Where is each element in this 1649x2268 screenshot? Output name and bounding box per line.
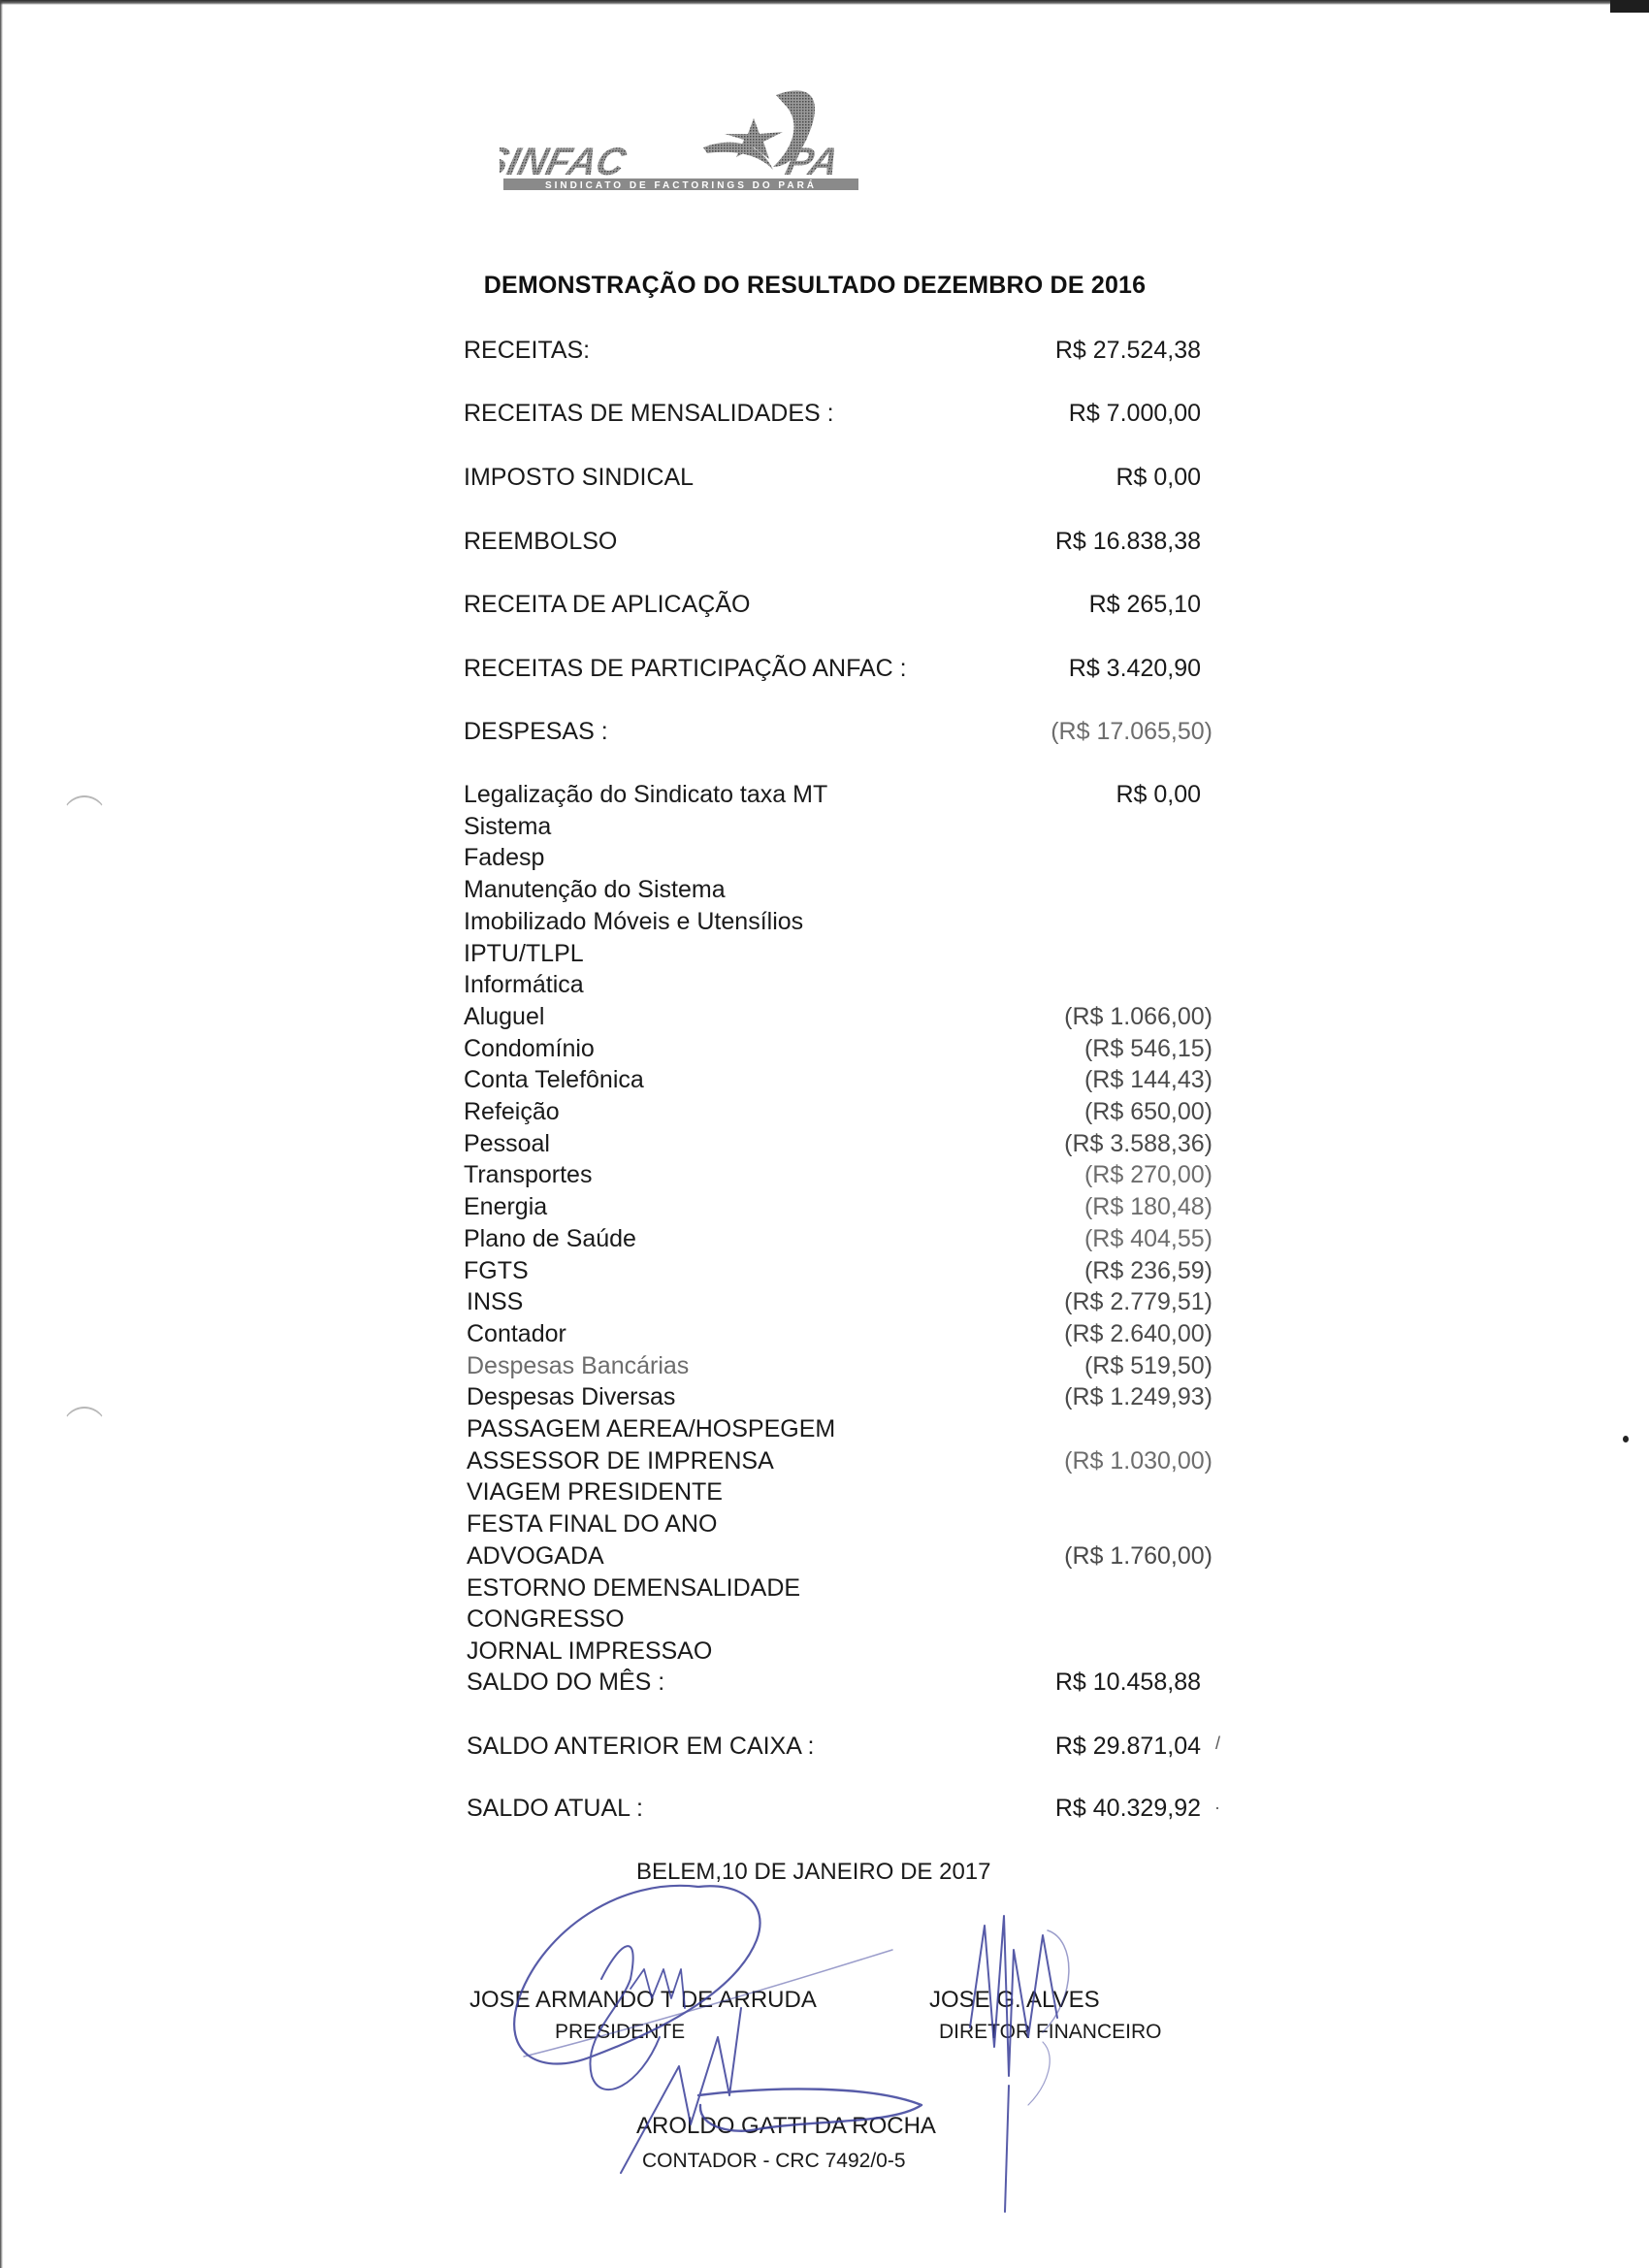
- expense-row-value: (R$ 519,50): [1084, 1350, 1212, 1381]
- expense-row-value: (R$ 3.588,36): [1064, 1128, 1212, 1159]
- expense-row-value: (R$ 270,00): [1084, 1159, 1212, 1190]
- expense-row-label: Fadesp: [464, 842, 544, 873]
- expense-row-label: ESTORNO DEMENSALIDADE: [467, 1572, 800, 1604]
- signatory-role: PRESIDENTE: [555, 2021, 685, 2044]
- scan-edge-corner: [1610, 0, 1649, 13]
- expense-row: Manutenção do Sistema: [464, 874, 1201, 905]
- scan-edge-left: [0, 0, 3, 2268]
- summary-row-label: RECEITAS DE MENSALIDADES :: [464, 398, 834, 429]
- place-date: BELEM,10 DE JANEIRO DE 2017: [636, 1859, 990, 1886]
- summary-row-label: RECEITAS DE PARTICIPAÇÃO ANFAC :: [464, 653, 907, 684]
- summary-row-label: IMPOSTO SINDICAL: [464, 462, 694, 493]
- expense-row: VIAGEM PRESIDENTE: [464, 1476, 1201, 1507]
- summary-row: IMPOSTO SINDICALR$ 0,00: [464, 462, 1201, 493]
- logo-brand-left: SINFAC: [500, 140, 630, 183]
- expense-row: PASSAGEM AEREA/HOSPEGEM: [464, 1413, 1201, 1444]
- expense-row: Pessoal(R$ 3.588,36): [464, 1128, 1201, 1159]
- expense-row-label: Informática: [464, 969, 584, 1000]
- expense-row-value: (R$ 2.640,00): [1064, 1318, 1212, 1349]
- balance-row-value: R$ 40.329,92: [1055, 1793, 1201, 1824]
- summary-row-value: R$ 3.420,90: [1069, 653, 1201, 684]
- expense-row-label: Sistema: [464, 811, 551, 842]
- expense-row-label: Contador: [467, 1318, 566, 1349]
- expense-row: Contador(R$ 2.640,00): [464, 1318, 1201, 1349]
- summary-row-label: RECEITA DE APLICAÇÃO: [464, 589, 750, 620]
- signatory-role: DIRETOR FINANCEIRO: [939, 2021, 1161, 2044]
- summary-row-value: R$ 16.838,38: [1055, 526, 1201, 557]
- expense-row-label: Legalização do Sindicato taxa MT: [464, 779, 827, 810]
- expense-row: Condomínio(R$ 546,15): [464, 1033, 1201, 1064]
- signatory-name: AROLDO GATTI DA ROCHA: [636, 2113, 936, 2140]
- expense-row: INSS(R$ 2.779,51): [464, 1286, 1201, 1317]
- expense-row: Transportes(R$ 270,00): [464, 1159, 1201, 1190]
- balance-row-label: SALDO ANTERIOR EM CAIXA :: [467, 1731, 814, 1762]
- expense-row: Despesas Bancárias(R$ 519,50): [464, 1350, 1201, 1381]
- expense-row-label: Refeição: [464, 1096, 560, 1127]
- expense-row: FGTS(R$ 236,59): [464, 1255, 1201, 1286]
- balance-row: SALDO ATUAL :R$ 40.329,92: [464, 1793, 1201, 1824]
- expense-row: Plano de Saúde(R$ 404,55): [464, 1223, 1201, 1254]
- expense-row: ADVOGADA(R$ 1.760,00): [464, 1540, 1201, 1571]
- expense-row-label: Energia: [464, 1191, 547, 1222]
- balance-row-label: SALDO ATUAL :: [467, 1793, 643, 1824]
- expense-row: Refeição(R$ 650,00): [464, 1096, 1201, 1127]
- expense-row-label: Transportes: [464, 1159, 592, 1190]
- summary-row: DESPESAS :(R$ 17.065,50): [464, 716, 1201, 747]
- summary-row-value: (R$ 17.065,50): [1051, 716, 1212, 747]
- summary-row-value: R$ 27.524,38: [1055, 335, 1201, 366]
- expense-row-value: (R$ 546,15): [1084, 1033, 1212, 1064]
- summary-row-label: RECEITAS:: [464, 335, 590, 366]
- expense-row-label: Imobilizado Móveis e Utensílios: [464, 906, 803, 937]
- expense-row-value: (R$ 180,48): [1084, 1191, 1212, 1222]
- expense-row: ESTORNO DEMENSALIDADE: [464, 1572, 1201, 1604]
- expense-row-label: PASSAGEM AEREA/HOSPEGEM: [467, 1413, 835, 1444]
- expense-row: CONGRESSO: [464, 1604, 1201, 1635]
- summary-row: RECEITAS:R$ 27.524,38: [464, 335, 1201, 366]
- scan-edge-top: [0, 0, 1649, 5]
- scan-speck: [1623, 1436, 1629, 1442]
- expense-row-label: INSS: [467, 1286, 523, 1317]
- logo-brand-right: PA: [782, 140, 844, 183]
- summary-row-value: R$ 265,10: [1089, 589, 1201, 620]
- expense-row: Aluguel(R$ 1.066,00): [464, 1001, 1201, 1032]
- expense-row: Imobilizado Móveis e Utensílios: [464, 906, 1201, 937]
- punch-hole-mark: [62, 795, 107, 840]
- expense-row-label: CONGRESSO: [467, 1604, 625, 1635]
- punch-hole-mark: [62, 1407, 107, 1451]
- signatory-name: JOSE G. ALVES: [929, 1987, 1100, 2014]
- expense-row: IPTU/TLPL: [464, 938, 1201, 969]
- summary-row-label: REEMBOLSO: [464, 526, 617, 557]
- expense-row-label: Manutenção do Sistema: [464, 874, 726, 905]
- expense-row-label: Aluguel: [464, 1001, 544, 1032]
- expense-row-value: (R$ 144,43): [1084, 1064, 1212, 1095]
- expense-row: ASSESSOR DE IMPRENSA(R$ 1.030,00): [464, 1445, 1201, 1476]
- expense-row-label: FGTS: [464, 1255, 529, 1286]
- summary-row: RECEITAS DE PARTICIPAÇÃO ANFAC :R$ 3.420…: [464, 653, 1201, 684]
- expense-row-label: ADVOGADA: [467, 1540, 604, 1571]
- balance-row: SALDO DO MÊS :R$ 10.458,88: [464, 1667, 1201, 1698]
- expense-row-value: (R$ 236,59): [1084, 1255, 1212, 1286]
- signature-director: [970, 1916, 1069, 2212]
- expense-row-label: ASSESSOR DE IMPRENSA: [467, 1445, 774, 1476]
- document-title-text: DEMONSTRAÇÃO DO RESULTADO DEZEMBRO DE 20…: [484, 272, 1147, 299]
- expense-row-label: Despesas Diversas: [467, 1381, 675, 1412]
- expense-row-value: (R$ 2.779,51): [1064, 1286, 1212, 1317]
- expense-row-label: Plano de Saúde: [464, 1223, 636, 1254]
- handwritten-check-mark: /: [1215, 1733, 1220, 1754]
- balance-row-value: R$ 29.871,04: [1055, 1731, 1201, 1762]
- expense-row-label: FESTA FINAL DO ANO: [467, 1508, 717, 1539]
- expense-row-label: JORNAL IMPRESSAO: [467, 1636, 712, 1667]
- summary-row: REEMBOLSOR$ 16.838,38: [464, 526, 1201, 557]
- expense-row: Despesas Diversas(R$ 1.249,93): [464, 1381, 1201, 1412]
- logo-graphic: SINFAC PA SINDICATO DE FACTORINGS DO PAR…: [500, 78, 868, 194]
- summary-row: RECEITA DE APLICAÇÃOR$ 265,10: [464, 589, 1201, 620]
- expense-row: FESTA FINAL DO ANO: [464, 1508, 1201, 1539]
- expense-row-value: R$ 0,00: [1115, 779, 1201, 810]
- balance-row-value: R$ 10.458,88: [1055, 1667, 1201, 1698]
- document-title: DEMONSTRAÇÃO DO RESULTADO DEZEMBRO DE 20…: [0, 272, 1649, 300]
- logo-tagline: SINDICATO DE FACTORINGS DO PARÁ: [545, 178, 817, 191]
- expense-row-label: Despesas Bancárias: [467, 1350, 689, 1381]
- summary-row-value: R$ 0,00: [1115, 462, 1201, 493]
- expense-row: Fadesp: [464, 842, 1201, 873]
- expense-row-value: (R$ 404,55): [1084, 1223, 1212, 1254]
- expense-row-value: (R$ 1.249,93): [1064, 1381, 1212, 1412]
- expense-row-label: VIAGEM PRESIDENTE: [467, 1476, 723, 1507]
- signatory-name: JOSE ARMANDO T DE ARRUDA: [469, 1987, 817, 2014]
- expense-row-value: (R$ 650,00): [1084, 1096, 1212, 1127]
- expense-row: Legalização do Sindicato taxa MTR$ 0,00: [464, 779, 1201, 810]
- summary-row-label: DESPESAS :: [464, 716, 608, 747]
- sinfac-pa-logo: SINFAC PA SINDICATO DE FACTORINGS DO PAR…: [500, 78, 868, 194]
- expense-row: Energia(R$ 180,48): [464, 1191, 1201, 1222]
- expense-row-label: IPTU/TLPL: [464, 938, 584, 969]
- expense-row-value: (R$ 1.066,00): [1064, 1001, 1212, 1032]
- balance-row: SALDO ANTERIOR EM CAIXA :R$ 29.871,04: [464, 1731, 1201, 1762]
- expense-row-value: (R$ 1.760,00): [1064, 1540, 1212, 1571]
- expense-row-value: (R$ 1.030,00): [1064, 1445, 1212, 1476]
- expense-row-label: Pessoal: [464, 1128, 550, 1159]
- balance-row-label: SALDO DO MÊS :: [467, 1667, 664, 1698]
- summary-row: RECEITAS DE MENSALIDADES :R$ 7.000,00: [464, 398, 1201, 429]
- summary-row-value: R$ 7.000,00: [1069, 398, 1201, 429]
- expense-row: Informática: [464, 969, 1201, 1000]
- expense-row-label: Condomínio: [464, 1033, 595, 1064]
- expense-row: Conta Telefônica(R$ 144,43): [464, 1064, 1201, 1095]
- expense-row: JORNAL IMPRESSAO: [464, 1636, 1201, 1667]
- signatory-role: CONTADOR - CRC 7492/0-5: [642, 2150, 906, 2173]
- handwritten-dot-mark: ·: [1214, 1798, 1220, 1818]
- expense-row: Sistema: [464, 811, 1201, 842]
- expense-row-label: Conta Telefônica: [464, 1064, 644, 1095]
